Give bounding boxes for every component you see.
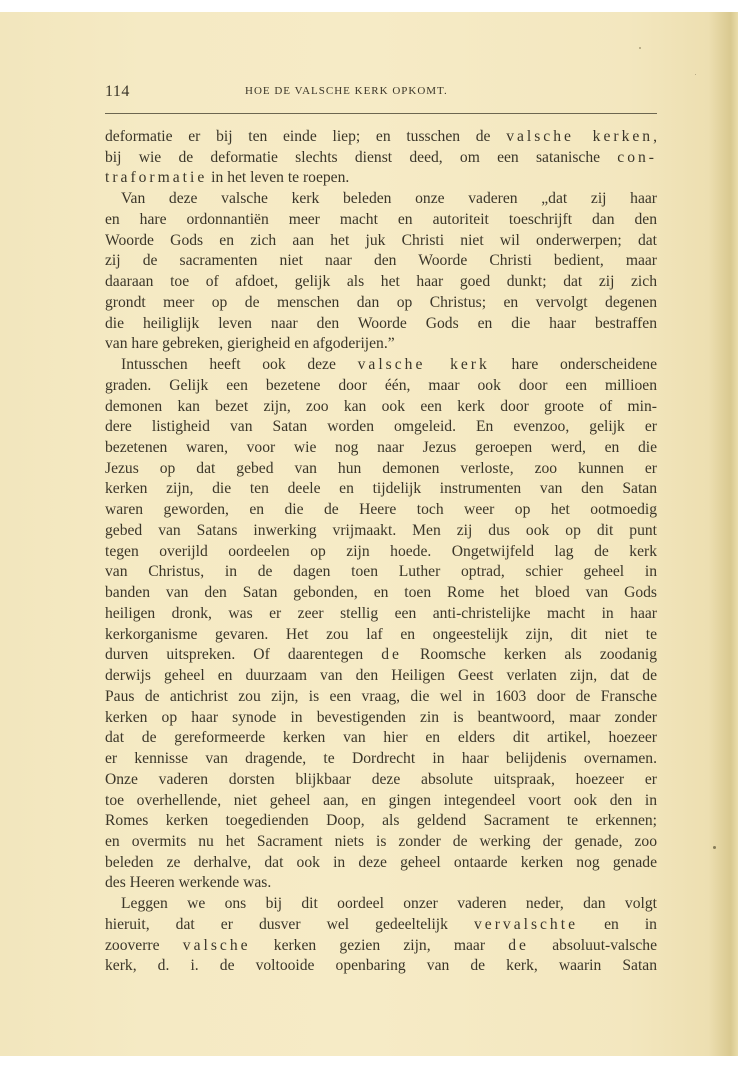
text-line: Romes kerken toegedienden Doop, als geld… — [105, 811, 657, 832]
text-line: kerk, d. i. de voltooide openbaring van … — [105, 956, 657, 977]
text-line: bij wie de deformatie slechts dienst dee… — [105, 148, 657, 169]
text-line: demonen kan bezet zijn, zoo kan ook een … — [105, 397, 657, 418]
page-header: 114 HOE DE VALSCHE KERK OPKOMT. — [105, 83, 659, 105]
text-line: waren geworden, en die de Heere toch wee… — [105, 500, 657, 521]
text-line: des Heeren werkende was. — [105, 873, 657, 894]
emphasis: de — [508, 937, 529, 954]
text-line: kerken zijn, die ten deele en tijdelijk … — [105, 479, 657, 500]
text-line: die heiliglijk leven naar den Woorde God… — [105, 314, 657, 335]
paper-speck — [639, 47, 641, 49]
text-line: Onze vaderen dorsten blijkbaar deze abso… — [105, 770, 657, 791]
text-line: heiligen dronk, was er zeer stellig een … — [105, 604, 657, 625]
text-line: Woorde Gods en zich aan het juk Christi … — [105, 231, 657, 252]
text-line: banden van den Satan gebonden, en toen R… — [105, 583, 657, 604]
paper-speck — [695, 74, 696, 75]
emphasis: valsche kerken — [506, 128, 653, 145]
page-number: 114 — [105, 83, 130, 101]
text-line: zooverre valsche kerken gezien zijn, maa… — [105, 936, 657, 957]
text-line: traformatie in het leven te roepen. — [105, 168, 657, 189]
text-line: hieruit, dat er dusver wel gedeeltelijk … — [105, 915, 657, 936]
text-line: bezetenen waren, voor wie nog naar Jezus… — [105, 438, 657, 459]
text-line: beleden ze derhalve, dat ook in deze geh… — [105, 853, 657, 874]
emphasis: traformatie — [105, 169, 207, 186]
text-line: Paus de antichrist zou zijn, is een vraa… — [105, 687, 657, 708]
emphasis: valsche kerk — [358, 356, 490, 373]
text-line: daaraan toe of afdoet, gelijk als het ha… — [105, 272, 657, 293]
text-line: er kennisse van dragende, te Dordrecht i… — [105, 749, 657, 770]
text-line: dere listigheid van Satan worden omgelei… — [105, 417, 657, 438]
emphasis: de — [381, 646, 402, 663]
text-line: deformatie er bij ten einde liep; en tus… — [105, 127, 657, 148]
text-line: dat de gereformeerde kerken van hier en … — [105, 728, 657, 749]
emphasis: vervalschte — [474, 916, 578, 933]
text-line: en overmits nu het Sacrament niets is zo… — [105, 832, 657, 853]
text-line: kerken op haar synode in bevestigenden z… — [105, 708, 657, 729]
text-line: derwijs geheel en duurzaam van den Heili… — [105, 666, 657, 687]
text-line: durven uitspreken. Of daarentegen de Roo… — [105, 645, 657, 666]
emphasis: con- — [617, 149, 657, 166]
text-line: Van deze valsche kerk beleden onze vader… — [105, 189, 657, 210]
paper-speck — [713, 846, 716, 849]
emphasis: valsche — [183, 937, 251, 954]
text-line: tegen overijld oordeelen op zijn hoede. … — [105, 542, 657, 563]
text-line: van Christus, in de dagen toen Luther op… — [105, 562, 657, 583]
text-line: kerkorganisme gevaren. Het zou laf en on… — [105, 625, 657, 646]
header-rule — [105, 113, 657, 114]
text-line: Intusschen heeft ook deze valsche kerk h… — [105, 355, 657, 376]
running-head: HOE DE VALSCHE KERK OPKOMT. — [245, 85, 448, 97]
text-line: van hare gebreken, gierigheid en afgoder… — [105, 334, 657, 355]
text-line: en hare ordonnantiën meer macht en autor… — [105, 210, 657, 231]
text-line: Leggen we ons bij dit oordeel onzer vade… — [105, 894, 657, 915]
text-line: Jezus op dat gebed van hun demonen verlo… — [105, 459, 657, 480]
text-line: graden. Gelijk een bezetene door één, ma… — [105, 376, 657, 397]
text-line: grondt meer op de menschen dan op Christ… — [105, 293, 657, 314]
text-line: zij de sacramenten niet naar den Woorde … — [105, 251, 657, 272]
body-text: deformatie er bij ten einde liep; en tus… — [105, 127, 657, 977]
text-line: gebed van Satans inwerking vrijmaakt. Me… — [105, 521, 657, 542]
text-line: toe overhellende, niet geheel aan, en gi… — [105, 791, 657, 812]
